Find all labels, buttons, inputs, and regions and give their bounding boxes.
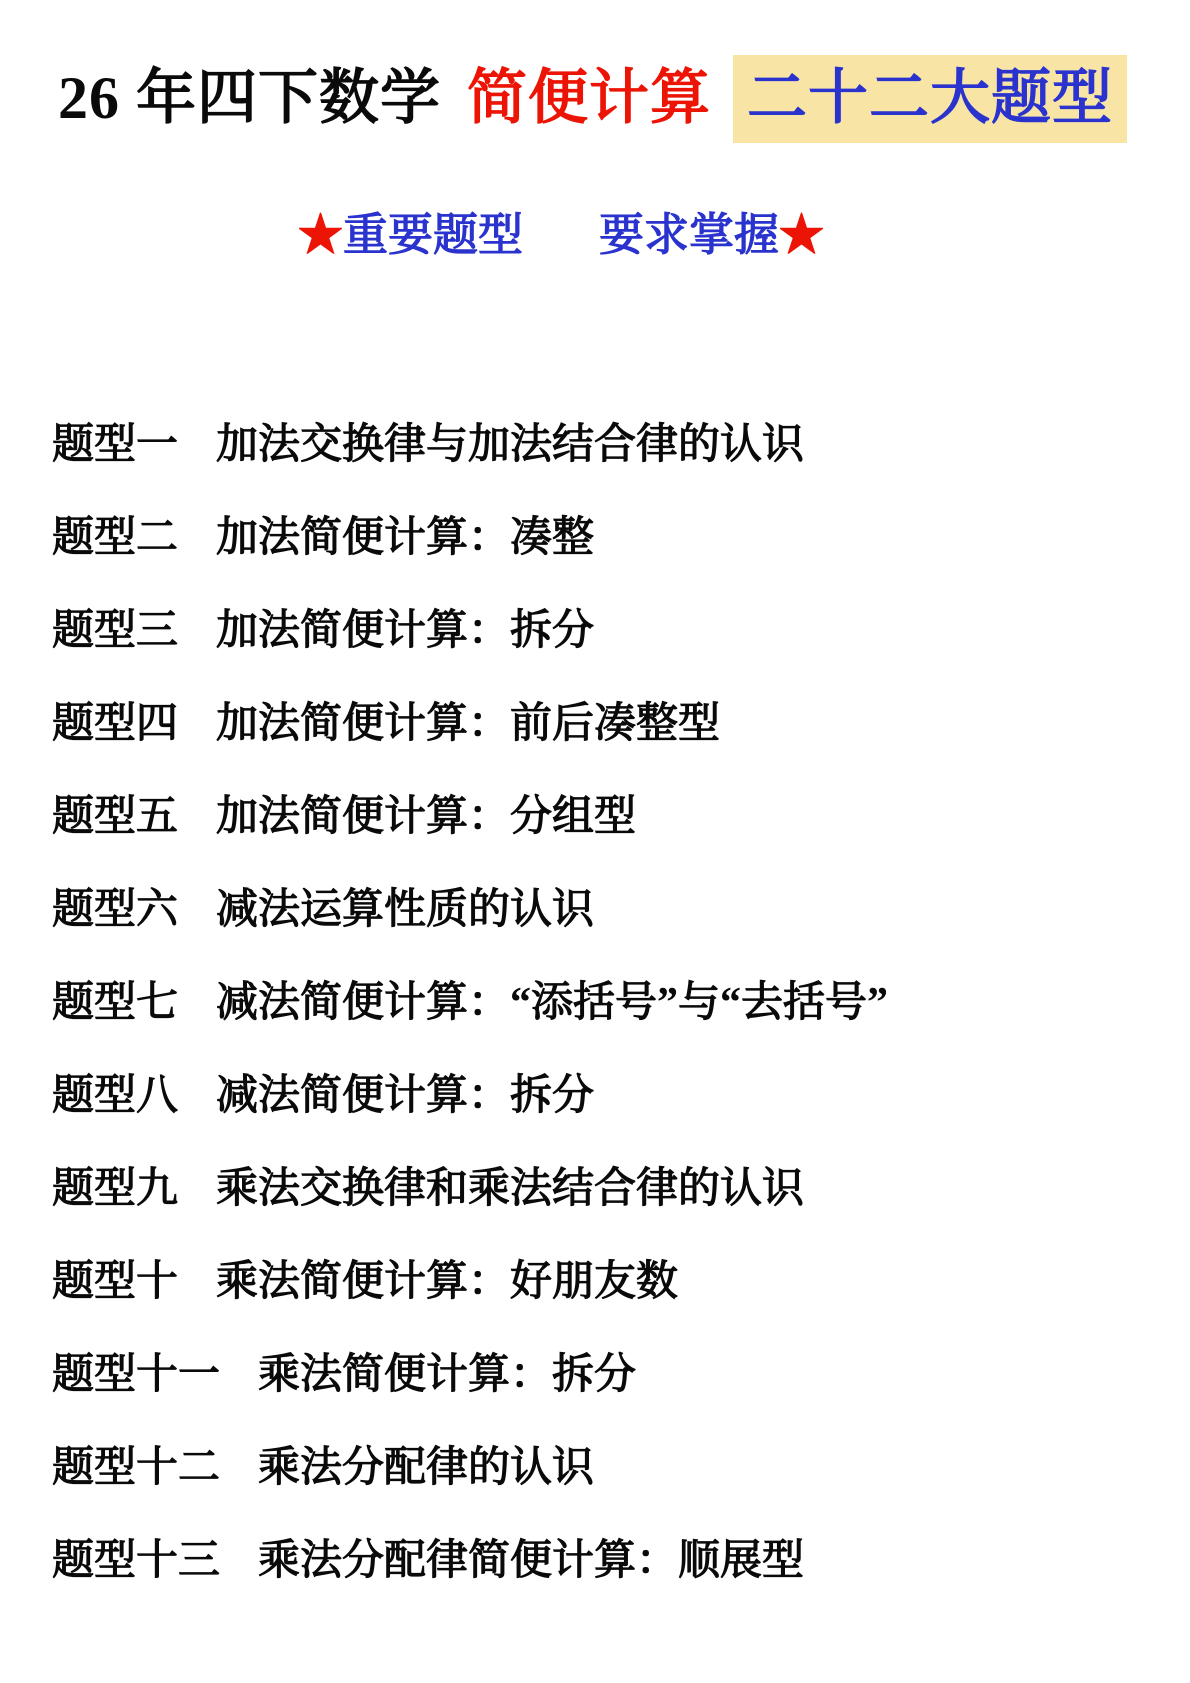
toc-item: 题型八 减法简便计算：拆分 (52, 1075, 1160, 1118)
toc-item-text: 减法简便计算：拆分 (216, 1075, 594, 1118)
toc-item: 题型十一 乘法简便计算：拆分 (52, 1354, 1160, 1397)
toc-item-label: 题型八 (52, 1075, 178, 1118)
toc-item-text: 乘法简便计算：拆分 (258, 1354, 636, 1397)
toc-item-label: 题型六 (52, 889, 178, 932)
title-highlighted-count: 二十二大题型 (733, 55, 1127, 143)
toc-item: 题型四 加法简便计算：前后凑整型 (52, 703, 1160, 746)
toc-item-text: 乘法简便计算：好朋友数 (216, 1261, 678, 1304)
star-icon: ★ (298, 210, 343, 260)
subtitle-right-text: 要求掌握 (599, 210, 779, 260)
toc-item-text: 加法简便计算：前后凑整型 (216, 703, 720, 746)
toc-item: 题型十 乘法简便计算：好朋友数 (52, 1261, 1160, 1304)
toc-item-label: 题型二 (52, 517, 178, 560)
toc-item-text: 加法简便计算：分组型 (216, 796, 636, 839)
page-title: 26 年四下数学简便计算二十二大题型 (58, 52, 1127, 144)
subtitle-left-text: 重要题型 (343, 210, 523, 260)
toc-item-label: 题型九 (52, 1168, 178, 1211)
toc-item-label: 题型四 (52, 703, 178, 746)
toc-item-text: 乘法交换律和乘法结合律的认识 (216, 1168, 804, 1211)
toc-item-text: 乘法分配律简便计算：顺展型 (258, 1540, 804, 1583)
toc-item-text: 乘法分配律的认识 (258, 1447, 594, 1490)
toc-item-label: 题型七 (52, 982, 178, 1025)
title-topic: 简便计算 (467, 65, 711, 131)
toc-item: 题型十二 乘法分配律的认识 (52, 1447, 1160, 1490)
toc-item: 题型十三 乘法分配律简便计算：顺展型 (52, 1540, 1160, 1583)
toc-item-label: 题型一 (52, 424, 178, 467)
toc-item-text: 加法交换律与加法结合律的认识 (216, 424, 804, 467)
toc-item: 题型七 减法简便计算：“添括号”与“去括号” (52, 982, 1160, 1025)
toc-item-label: 题型十三 (52, 1540, 220, 1583)
toc-item-label: 题型十 (52, 1261, 178, 1304)
toc-list: 题型一 加法交换律与加法结合律的认识 题型二 加法简便计算：凑整 题型三 加法简… (52, 424, 1160, 1633)
toc-item-text: 减法简便计算：“添括号”与“去括号” (216, 982, 888, 1025)
subtitle: ★重要题型要求掌握★ (298, 204, 824, 266)
toc-item: 题型三 加法简便计算：拆分 (52, 610, 1160, 653)
toc-item-label: 题型三 (52, 610, 178, 653)
toc-item-label: 题型十一 (52, 1354, 220, 1397)
toc-item-text: 加法简便计算：凑整 (216, 517, 594, 560)
toc-item: 题型九 乘法交换律和乘法结合律的认识 (52, 1168, 1160, 1211)
toc-item: 题型一 加法交换律与加法结合律的认识 (52, 424, 1160, 467)
toc-item: 题型二 加法简便计算：凑整 (52, 517, 1160, 560)
toc-item-label: 题型五 (52, 796, 178, 839)
toc-item-label: 题型十二 (52, 1447, 220, 1490)
toc-item-text: 加法简便计算：拆分 (216, 610, 594, 653)
toc-item: 题型六 减法运算性质的认识 (52, 889, 1160, 932)
star-icon: ★ (779, 210, 824, 260)
toc-item-text: 减法运算性质的认识 (216, 889, 594, 932)
title-course: 26 年四下数学 (58, 65, 441, 131)
toc-item: 题型五 加法简便计算：分组型 (52, 796, 1160, 839)
